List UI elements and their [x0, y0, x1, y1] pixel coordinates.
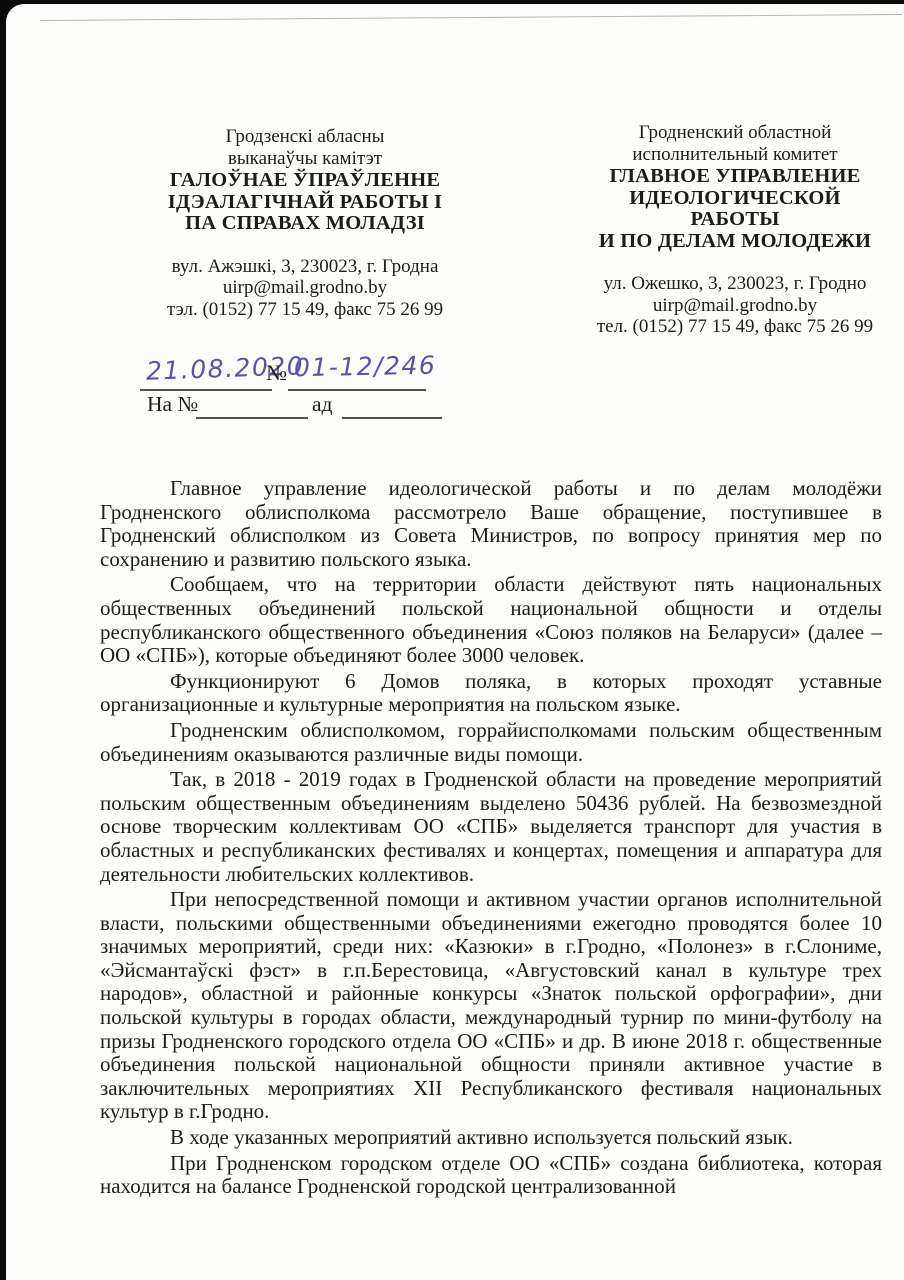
- body-paragraph: При Гродненском городском отделе ОО «СПБ…: [100, 1152, 882, 1199]
- reply-date-underline: [342, 417, 442, 419]
- number-sign: №: [266, 360, 287, 386]
- phone-line: тел. (0152) 77 15 49, факс 75 26 99: [585, 316, 885, 338]
- email-line: uirp@mail.grodno.by: [155, 277, 455, 299]
- letter-body: Главное управление идеологической работы…: [100, 477, 882, 1201]
- address-line: вул. Ажэшкі, 3, 230023, г. Гродна: [155, 256, 455, 278]
- body-paragraph: При непосредственной помощи и активном у…: [100, 888, 882, 1124]
- body-paragraph: Функционируют 6 Домов поляка, в которых …: [100, 670, 882, 717]
- org-name-line: Гродзенскі абласны: [155, 126, 455, 148]
- reply-date-label: ад: [312, 392, 332, 417]
- reply-to-label: На №: [147, 392, 198, 417]
- department-name-line: ІДЭАЛАГІЧНАЙ РАБОТЫ І: [155, 192, 455, 214]
- phone-line: тэл. (0152) 77 15 49, факс 75 26 99: [155, 299, 455, 321]
- org-name-line: исполнительный комитет: [585, 144, 885, 166]
- letterhead-belarusian: Гродзенскі абласны выканаўчы камітэт ГАЛ…: [155, 126, 455, 320]
- contact-block: вул. Ажэшкі, 3, 230023, г. Гродна uirp@m…: [155, 256, 455, 321]
- org-name-line: выканаўчы камітэт: [155, 148, 455, 170]
- org-name-line: Гродненский областной: [585, 122, 885, 144]
- department-name-line: И ПО ДЕЛАМ МОЛОДЕЖИ: [585, 231, 885, 253]
- number-underline: [288, 389, 426, 391]
- scanned-letter-page: Гродзенскі абласны выканаўчы камітэт ГАЛ…: [0, 0, 904, 1280]
- body-paragraph: Гродненским облисполкомом, горрайисполко…: [100, 719, 882, 766]
- address-line: ул. Ожешко, 3, 230023, г. Гродно: [585, 273, 885, 295]
- body-paragraph: Так, в 2018 - 2019 годах в Гродненской о…: [100, 768, 882, 886]
- department-name-line: ГЛАВНОЕ УПРАВЛЕНИЕ: [585, 166, 885, 188]
- body-paragraph: Сообщаем, что на территории области дейс…: [100, 573, 882, 667]
- department-name-line: ПА СПРАВАХ МОЛАДЗІ: [155, 213, 455, 235]
- letterhead-russian: Гродненский областной исполнительный ком…: [585, 122, 885, 338]
- email-line: uirp@mail.grodno.by: [585, 295, 885, 317]
- department-name-line: ИДЕОЛОГИЧЕСКОЙ РАБОТЫ: [585, 188, 885, 231]
- date-underline: [140, 389, 272, 391]
- department-name-line: ГАЛОЎНАЕ ЎПРАЎЛЕННЕ: [155, 170, 455, 192]
- reply-number-underline: [196, 417, 308, 419]
- contact-block: ул. Ожешко, 3, 230023, г. Гродно uirp@ma…: [585, 273, 885, 338]
- body-paragraph: Главное управление идеологической работы…: [100, 477, 882, 571]
- handwritten-reference-number: 01-12/246: [294, 351, 437, 382]
- body-paragraph: В ходе указанных мероприятий активно исп…: [100, 1126, 882, 1150]
